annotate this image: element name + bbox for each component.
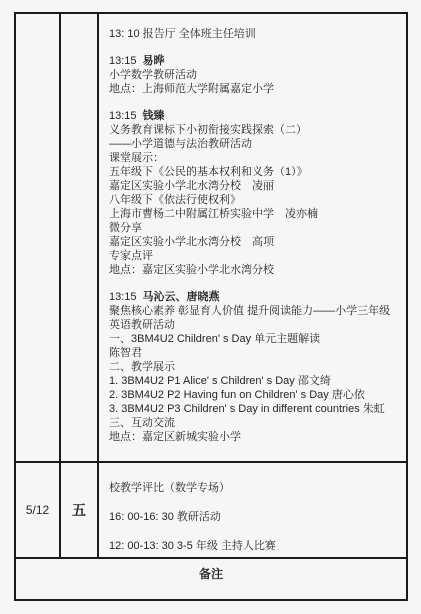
session-line: 小学数学教研活动 (109, 68, 401, 82)
table-row-activities: 13: 10 报告厅 全体班主任培训 13:15易晔 小学数学教研活动 地点：上… (16, 14, 406, 463)
session-line: 上海市曹杨二中附属江桥实验中学 凌亦楠 (109, 207, 401, 221)
session-header: 13:15马沁云、唐晓燕 (109, 290, 401, 304)
session-line: 课堂展示： (109, 151, 401, 165)
session-line: 微分享 (109, 221, 401, 235)
weekday-cell: 五 (61, 463, 99, 557)
session-line: 一、3BM4U2 Children' s Day 单元主题解读 (109, 332, 401, 346)
session-header: 13:15钱臻 (109, 109, 401, 123)
document-page: 13: 10 报告厅 全体班主任培训 13:15易晔 小学数学教研活动 地点：上… (0, 0, 421, 614)
session-line: 五年级下《公民的基本权利和义务（1）》 (109, 165, 401, 179)
session-line: 聚焦核心素养 彰显育人价值 提升阅读能力——小学三年级英语教研活动 (109, 304, 401, 332)
schedule-table: 13: 10 报告厅 全体班主任培训 13:15易晔 小学数学教研活动 地点：上… (14, 12, 408, 601)
session-line: 3. 3BM4U2 P3 Children' s Day in differen… (109, 402, 401, 416)
session-time: 13:15 (109, 110, 137, 122)
session-line: 嘉定区实验小学北水湾分校 凌丽 (109, 179, 401, 193)
session-line: ——小学道德与法治教研活动 (109, 137, 401, 151)
friday-line: 校教学评比（数学专场） (109, 481, 401, 495)
session-line: 嘉定区实验小学北水湾分校 高项 (109, 235, 401, 249)
session-line: 地点：嘉定区实验小学北水湾分校 (109, 263, 401, 277)
date-cell (16, 14, 61, 461)
friday-content-cell: 校教学评比（数学专场） 16: 00-16: 30 教研活动 12: 00-13… (99, 463, 406, 557)
notes-label: 备注 (199, 567, 223, 581)
session-time: 13:15 (109, 291, 137, 303)
friday-line: 12: 00-13: 30 3-5 年级 主持人比赛 (109, 539, 401, 553)
weekday-label: 五 (72, 503, 86, 517)
session-presenters: 易晔 (143, 55, 165, 67)
session-line: 义务教育课标下小初衔接实践探索（二） (109, 123, 401, 137)
activities-content-cell: 13: 10 报告厅 全体班主任培训 13:15易晔 小学数学教研活动 地点：上… (99, 14, 406, 461)
table-row-friday: 5/12 五 校教学评比（数学专场） 16: 00-16: 30 教研活动 12… (16, 463, 406, 559)
session-line: 2. 3BM4U2 P2 Having fun on Children' s D… (109, 388, 401, 402)
session-line: 三、互动交流 (109, 416, 401, 430)
session-line: 地点：嘉定区新城实验小学 (109, 430, 401, 444)
session-line: 陈智君 (109, 346, 401, 360)
date-cell: 5/12 (16, 463, 61, 557)
session-presenters: 钱臻 (143, 110, 165, 122)
session-line: 地点：上海师范大学附属嘉定小学 (109, 82, 401, 96)
intro-line: 13: 10 报告厅 全体班主任培训 (109, 27, 401, 41)
weekday-cell (61, 14, 99, 461)
table-row-notes: 备注 (16, 559, 406, 599)
friday-line: 16: 00-16: 30 教研活动 (109, 510, 401, 524)
session-line: 专家点评 (109, 249, 401, 263)
session-time: 13:15 (109, 55, 137, 67)
session-line: 二、教学展示 (109, 360, 401, 374)
session-math: 13:15易晔 小学数学教研活动 地点：上海师范大学附属嘉定小学 (109, 54, 401, 96)
session-presenters: 马沁云、唐晓燕 (143, 291, 220, 303)
session-morality-law: 13:15钱臻 义务教育课标下小初衔接实践探索（二） ——小学道德与法治教研活动… (109, 109, 401, 277)
session-header: 13:15易晔 (109, 54, 401, 68)
date-label: 5/12 (26, 503, 49, 517)
session-line: 八年级下《依法行使权利》 (109, 193, 401, 207)
session-english: 13:15马沁云、唐晓燕 聚焦核心素养 彰显育人价值 提升阅读能力——小学三年级… (109, 290, 401, 444)
session-line: 1. 3BM4U2 P1 Alice' s Children' s Day 邵文… (109, 374, 401, 388)
